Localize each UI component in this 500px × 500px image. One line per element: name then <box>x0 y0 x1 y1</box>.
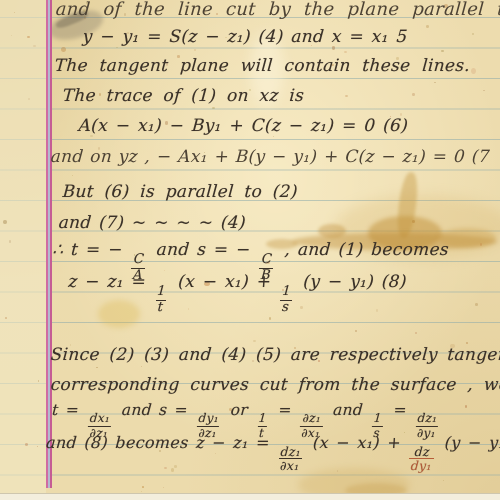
left-margin <box>0 0 46 500</box>
equation-line-10: z − z₁ = 1t (x − x₁) + 1s (y − y₁) (8) <box>66 272 408 315</box>
handwriting-line-3: The tangent plane will contain these lin… <box>54 56 471 76</box>
handwriting-line-6: and on yz , − Ax₁ + B(y − y₁) + C(z − z₁… <box>50 147 491 167</box>
handwriting-line-4: The trace of (1) on xz is <box>62 86 305 106</box>
notebook-page: and of the line cut by the plane paralle… <box>0 0 500 500</box>
equation-line-14: and (8) becomes z − z₁ = dz₁∂x₁ (x − x₁)… <box>44 433 500 473</box>
handwriting-line-7: But (6) is parallel to (2) <box>62 182 299 202</box>
handwriting-line-1: and of the line cut by the plane paralle… <box>55 0 500 20</box>
handwriting-line-12: corresponding curves cut from the surfac… <box>50 375 500 395</box>
handwriting-line-2: y − y₁ = S(z − z₁) (4) and x = x₁ 5 <box>82 27 408 47</box>
page-bottom-edge <box>0 493 500 500</box>
water-stain-left-2 <box>318 224 346 238</box>
handwriting-line-5: A(x − x₁) − By₁ + C(z − z₁) = 0 (6) <box>78 116 409 136</box>
handwriting-line-8: and (7) ~ ~ ~ ~ (4) <box>58 213 247 233</box>
handwriting-line-11: Since (2) (3) and (4) (5) are respective… <box>50 345 500 365</box>
